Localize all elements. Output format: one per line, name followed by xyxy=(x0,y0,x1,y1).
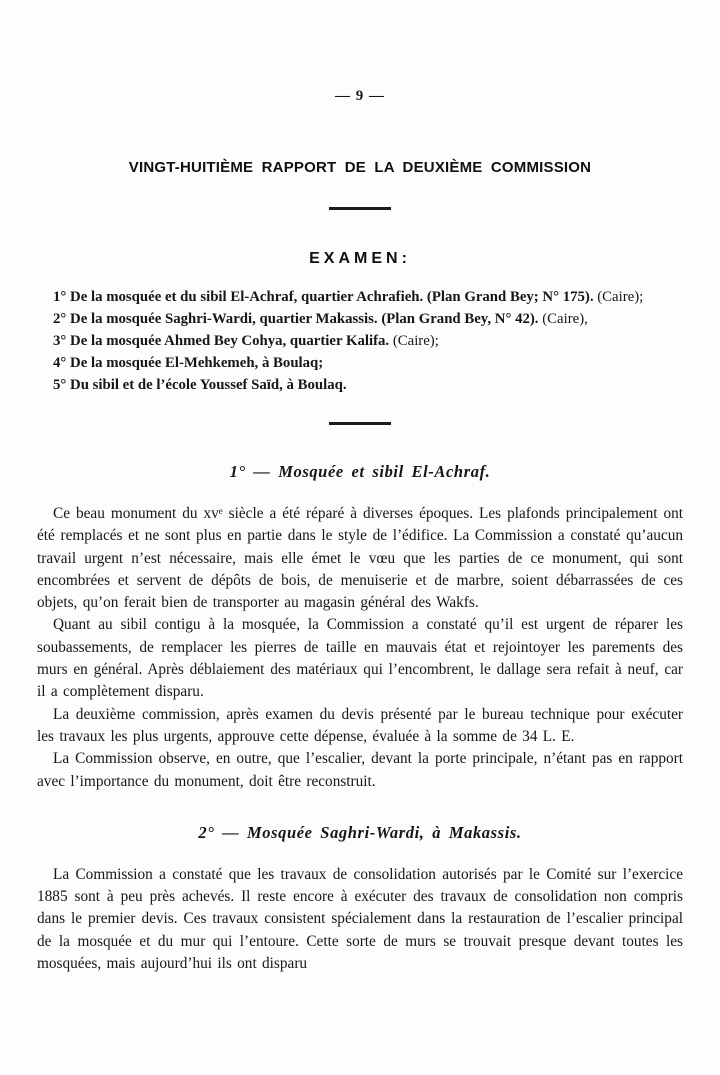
item-ordinal: 4° xyxy=(53,355,66,371)
paragraph: La deuxième commission, après examen du … xyxy=(37,704,683,749)
item-text: De la mosquée Ahmed Bey Cohya, quartier … xyxy=(70,333,389,349)
divider-rule xyxy=(329,422,391,425)
examen-list-item-4: 4° De la mosquée El-Mehkemeh, à Boulaq; xyxy=(37,352,683,374)
section-2-heading: 2° — Mosquée Saghri-Wardi, à Makassis. xyxy=(0,823,720,843)
section-1-body: Ce beau monument du xvᵉ siècle a été rép… xyxy=(37,503,683,793)
examen-list-item-1: 1° De la mosquée et du sibil El-Achraf, … xyxy=(37,286,683,308)
examen-list-item-2: 2° De la mosquée Saghri-Wardi, quartier … xyxy=(37,308,683,330)
paragraph: La Commission a constaté que les travaux… xyxy=(37,864,683,975)
report-title: VINGT-HUITIÈME RAPPORT DE LA DEUXIÈME CO… xyxy=(0,159,720,176)
page-number: — 9 — xyxy=(0,0,720,105)
item-ordinal: 3° xyxy=(53,333,66,349)
item-suffix: (Caire), xyxy=(542,311,588,327)
examen-heading: EXAMEN: xyxy=(0,250,720,268)
item-text: Du sibil et de l’école Youssef Saïd, à B… xyxy=(70,377,347,393)
examen-list-item-3: 3° De la mosquée Ahmed Bey Cohya, quarti… xyxy=(37,330,683,352)
scanned-document-page: — 9 — VINGT-HUITIÈME RAPPORT DE LA DEUXI… xyxy=(0,0,720,1075)
item-ordinal: 2° xyxy=(53,311,66,327)
examen-list-item-5: 5° Du sibil et de l’école Youssef Saïd, … xyxy=(37,374,683,396)
item-suffix: (Caire); xyxy=(597,289,643,305)
item-ordinal: 1° xyxy=(53,289,66,305)
paragraph: Quant au sibil contigu à la mosquée, la … xyxy=(37,614,683,703)
section-1-heading: 1° — Mosquée et sibil El-Achraf. xyxy=(0,462,720,482)
paragraph: Ce beau monument du xvᵉ siècle a été rép… xyxy=(37,503,683,614)
item-suffix: (Caire); xyxy=(393,333,439,349)
divider-rule xyxy=(329,207,391,210)
item-text: De la mosquée El-Mehkemeh, à Boulaq; xyxy=(70,355,323,371)
examen-list: 1° De la mosquée et du sibil El-Achraf, … xyxy=(37,286,683,396)
paragraph: La Commission observe, en outre, que l’e… xyxy=(37,748,683,793)
item-text: De la mosquée Saghri-Wardi, quartier Mak… xyxy=(70,311,538,327)
item-ordinal: 5° xyxy=(53,377,66,393)
section-2-body: La Commission a constaté que les travaux… xyxy=(37,864,683,975)
item-text: De la mosquée et du sibil El-Achraf, qua… xyxy=(70,289,594,305)
